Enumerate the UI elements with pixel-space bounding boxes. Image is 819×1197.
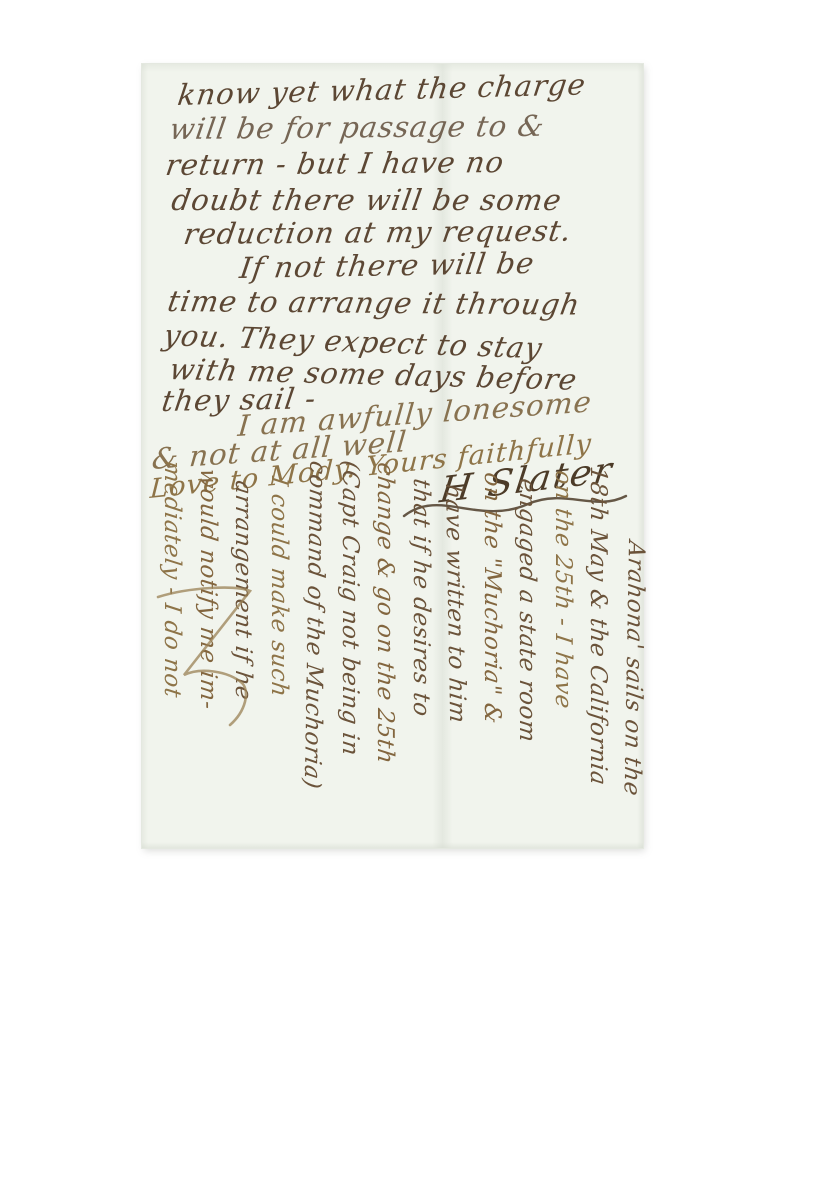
cross-line: 18th May & the California: [576, 458, 612, 854]
cross-line: have written to him: [431, 458, 473, 855]
letter-line: return - but I have no: [163, 145, 506, 182]
cross-line: on the 25th - I have: [541, 458, 577, 854]
letter-line: will be for passage to &: [167, 109, 547, 146]
cross-line: Arahona' sails on the: [608, 458, 650, 854]
cross-line: command of the Muchoria): [289, 458, 331, 854]
letter-line: time to arrange it through: [165, 284, 583, 322]
letter-line: doubt there will be some: [169, 183, 564, 217]
ink-paraph-flourish: [150, 579, 265, 734]
letter-page: know yet what the charge will be for pas…: [142, 64, 643, 848]
letter-line: If not there will be: [238, 246, 537, 285]
scan-background: know yet what the charge will be for pas…: [0, 0, 819, 1197]
cross-line: on the "Muchoria" &: [470, 458, 506, 854]
cross-line: change & go on the 25th: [363, 458, 399, 854]
cross-line: engaged a state room: [505, 458, 541, 854]
cross-line: that if he desires to: [399, 458, 435, 854]
cross-line: (Capt Craig not being in: [328, 458, 364, 854]
letter-line: know yet what the charge: [176, 67, 588, 112]
